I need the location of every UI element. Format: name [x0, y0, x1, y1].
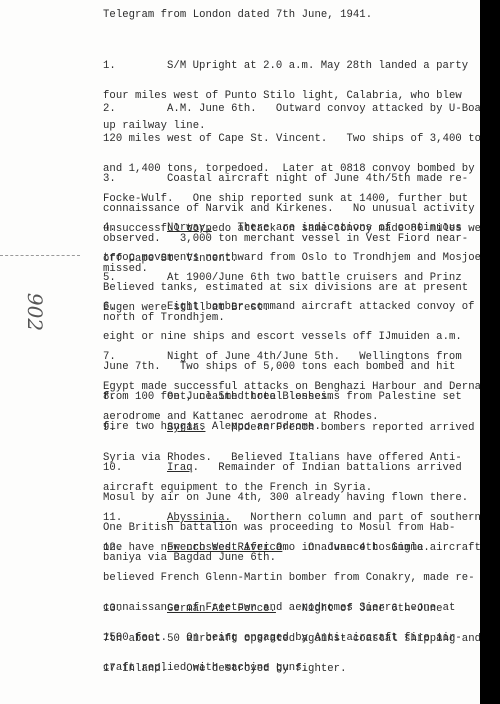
paragraph-line: Modern French bombers reported arrived	[205, 422, 474, 434]
scan-edge-strip	[480, 0, 500, 704]
paragraph-number: 12.	[103, 543, 167, 553]
margin-dash-line	[0, 255, 80, 256]
paragraph-line: Night of June 6th-June	[276, 603, 443, 615]
paragraph-heading: German Air Force.	[167, 603, 276, 615]
paragraph-heading: Norway.	[167, 222, 212, 234]
paragraph-heading: Syria.	[167, 422, 205, 434]
paragraph-line: 17 inland. One destroyed by fighter.	[103, 664, 481, 674]
paragraph-number: 3.	[103, 174, 167, 184]
document-page: Telegram from London dated 7th June, 194…	[0, 0, 480, 704]
paragraph-number: 10.	[103, 463, 167, 473]
paragraph-line: Night of June 4th/June 5th. Wellingtons …	[167, 351, 462, 363]
paragraph-line: . Remainder of Indian battalions arrived	[193, 462, 462, 474]
margin-handwritten-number: 902	[23, 293, 47, 331]
paragraph-line: Coastal aircraft night of June 4th/5th m…	[167, 173, 468, 185]
paragraph-line: believed French Glenn-Martin bomber from…	[103, 573, 487, 583]
paragraph-heading: French West Africa	[167, 542, 282, 554]
paragraph-line: Eight bomber command aircraft attacked c…	[167, 301, 475, 313]
paragraph-13: 13.German Air Force. Night of June 6th-J…	[103, 584, 481, 694]
paragraph-line: A.M. June 6th. Outward convoy attacked b…	[167, 103, 487, 115]
paragraph-number: 2.	[103, 104, 167, 114]
paragraph-line: There are indications of continuous	[212, 222, 462, 234]
paragraph-number: 1.	[103, 61, 167, 71]
paragraph-number: 4.	[103, 223, 167, 233]
paragraph-number: 8.	[103, 392, 167, 402]
paragraph-line: 7th about 50 aircraft operated against c…	[103, 634, 481, 644]
paragraph-line: 120 miles west of Cape St. Vincent. Two …	[103, 134, 494, 144]
document-title: Telegram from London dated 7th June, 194…	[103, 9, 372, 21]
paragraph-number: 13.	[103, 604, 167, 614]
paragraph-number: 7.	[103, 352, 167, 362]
paragraph-line: . On June 4th single aircraft,	[282, 542, 487, 554]
paragraph-number: 11.	[103, 513, 167, 523]
paragraph-number: 6.	[103, 302, 167, 312]
paragraph-heading: Iraq	[167, 462, 193, 474]
paragraph-number: 9.	[103, 423, 167, 433]
paragraph-line: On June 5th three Blenheims from Palesti…	[167, 391, 462, 403]
paragraph-line: S/M Upright at 2.0 a.m. May 28th landed …	[167, 60, 468, 72]
